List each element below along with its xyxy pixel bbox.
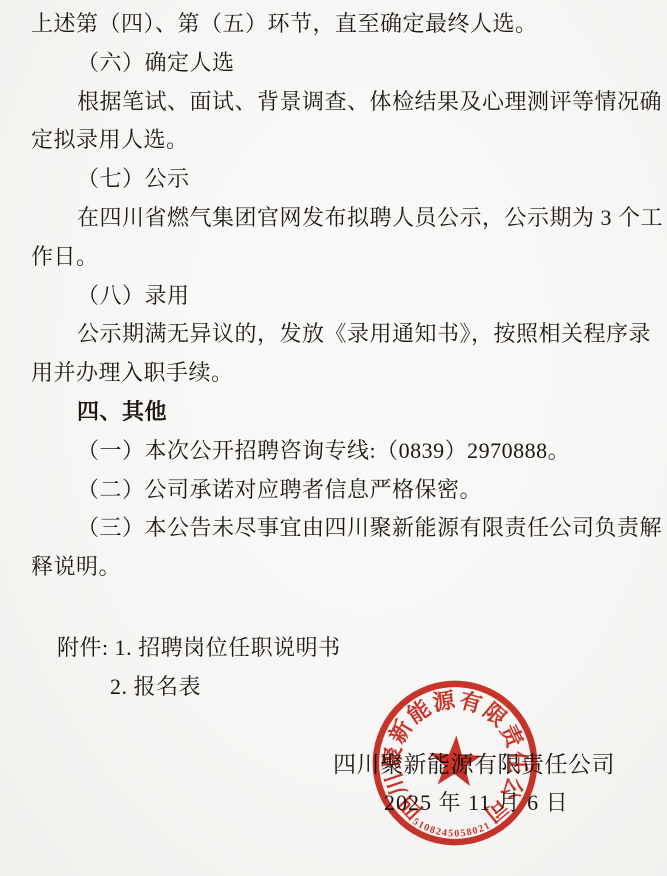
document-line: 作日。 <box>31 238 641 277</box>
document-line: 用并办理入职手续。 <box>31 354 641 393</box>
document-line: （一）本次公开招聘咨询专线:（0839）2970888。 <box>31 432 641 471</box>
section-heading-line: （八）录用 <box>31 277 641 316</box>
document-line: 上述第（四）、第（五）环节，直至确定最终人选。 <box>31 5 641 44</box>
document-line: 公示期满无异议的，发放《录用通知书》，按照相关程序录 <box>31 315 641 354</box>
document-line: 定拟录用人选。 <box>31 121 641 160</box>
red-star-icon <box>428 734 483 787</box>
document-line: 释说明。 <box>31 548 641 587</box>
scanned-document-page: 上述第（四）、第（五）环节，直至确定最终人选。 （六）确定人选 根据笔试、面试、… <box>0 0 667 876</box>
section-heading-line: 四、其他 <box>31 393 641 432</box>
attachment-line: 附件: 1. 招聘岗位任职说明书 <box>31 629 641 668</box>
section-heading-line: （七）公示 <box>31 160 641 199</box>
document-line: 根据笔试、面试、背景调查、体检结果及心理测评等情况确 <box>31 83 641 122</box>
document-line: （三）本公告未尽事宜由四川聚新能源有限责任公司负责解 <box>31 509 641 548</box>
document-line: 在四川省燃气集团官网发布拟聘人员公示，公示期为 3 个工 <box>31 199 641 238</box>
document-text-block: 上述第（四）、第（五）环节，直至确定最终人选。 （六）确定人选 根据笔试、面试、… <box>31 5 641 707</box>
company-seal: 四川聚新能源有限责任公司 5108245058021 <box>358 666 551 859</box>
document-line: （二）公司承诺对应聘者信息严格保密。 <box>31 471 641 510</box>
section-heading-line: （六）确定人选 <box>31 44 641 83</box>
